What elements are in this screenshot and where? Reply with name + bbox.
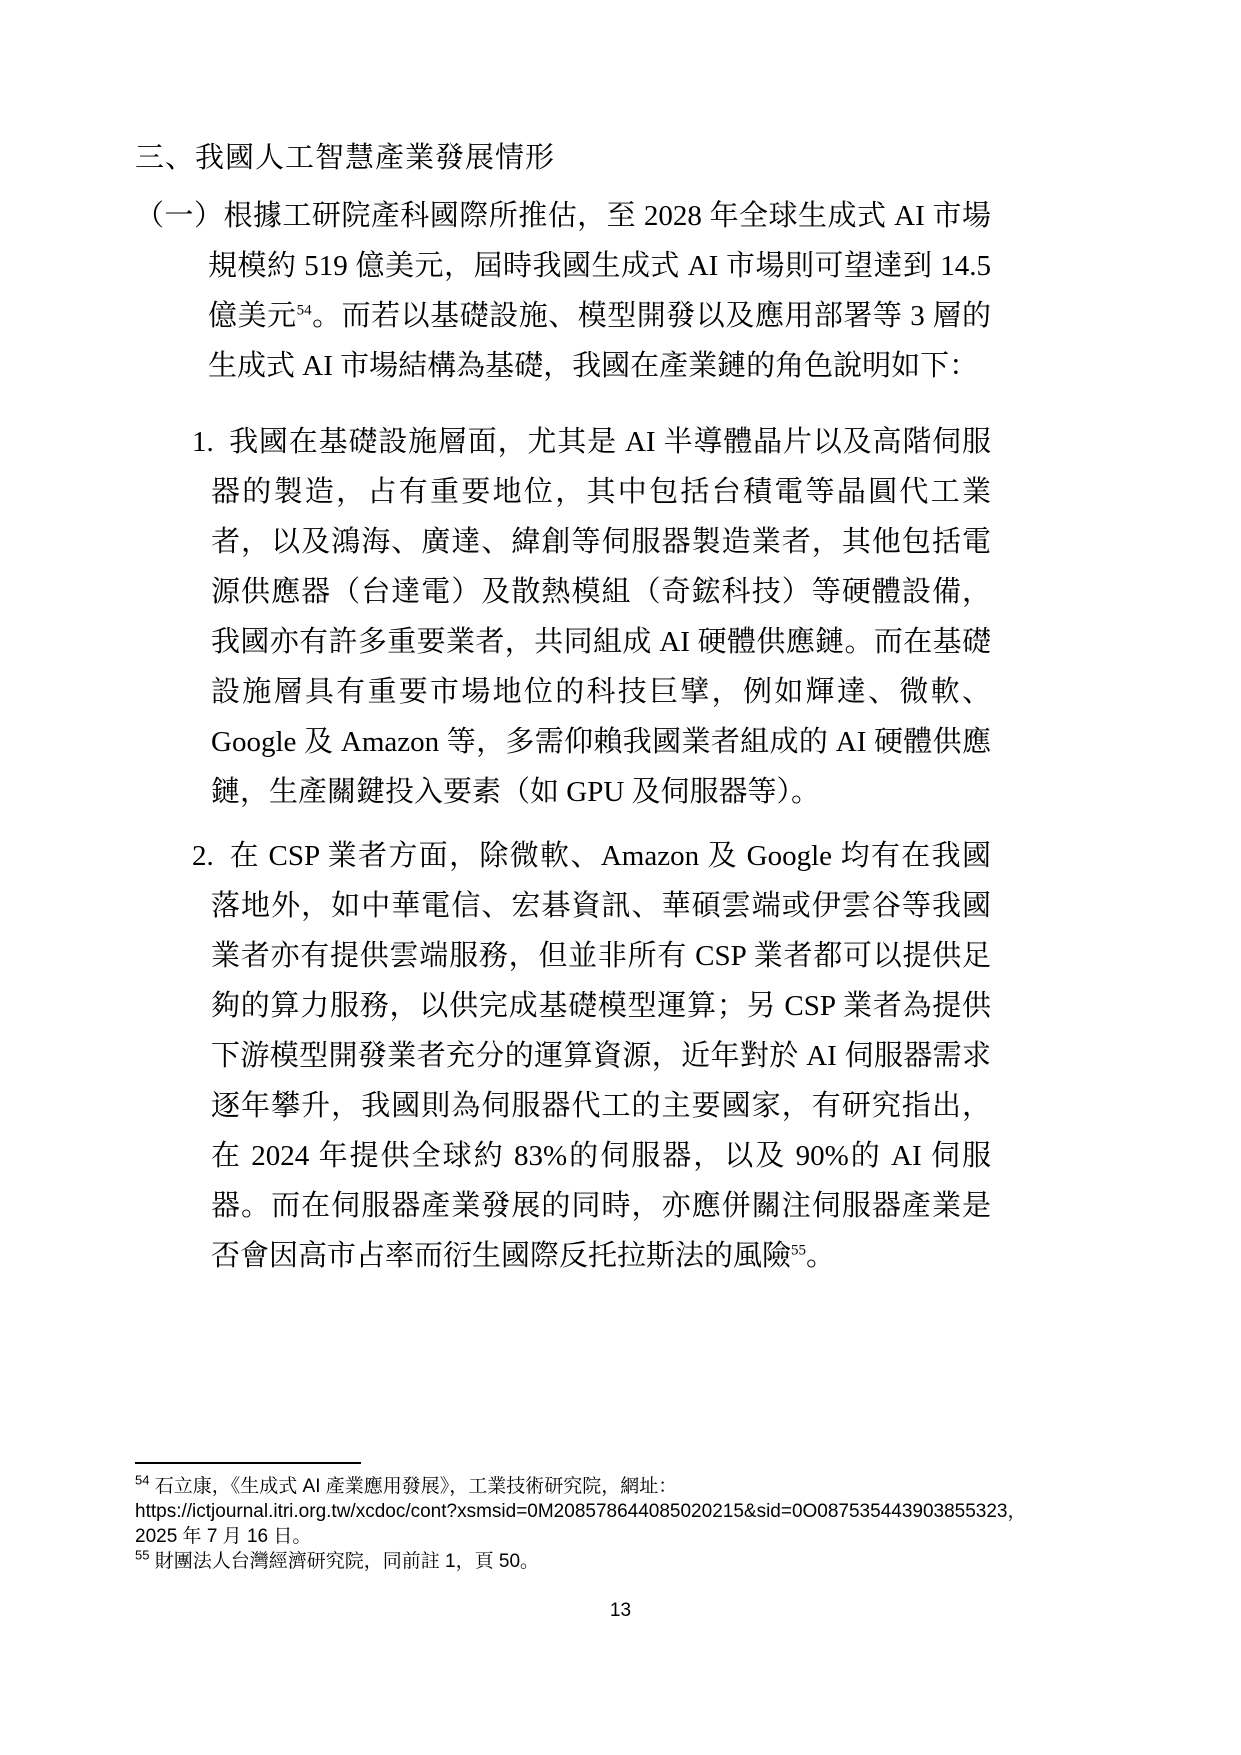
- footnote-54-url: https://ictjournal.itri.org.tw/xcdoc/con…: [135, 1499, 1120, 1524]
- list-item-1-text: 我國在基礎設施層面，尤其是 AI 半導體晶片以及高階伺服器的製造，占有重要地位，…: [211, 426, 991, 808]
- footnote-54-text: 石立康，《生成式 AI 產業應用發展》，工業技術研究院，網址：: [149, 1476, 677, 1497]
- list-item-2: 2. 在 CSP 業者方面，除微軟、Amazon 及 Google 均有在我國落…: [192, 831, 991, 1281]
- intro-marker: （一）: [135, 200, 223, 232]
- list-item-1: 1. 我國在基礎設施層面，尤其是 AI 半導體晶片以及高階伺服器的製造，占有重要…: [192, 417, 991, 817]
- list-item-2-text-end: 。: [806, 1240, 835, 1272]
- list-item-1-number: 1.: [192, 426, 214, 458]
- document-page: 三、我國人工智慧產業發展情形 （一）根據工研院產科國際所推估，至 2028 年全…: [0, 0, 1241, 1755]
- footnote-55-text: 財團法人台灣經濟研究院，同前註 1，頁 50。: [149, 1551, 539, 1572]
- footnote-54-line1: 54 石立康，《生成式 AI 產業應用發展》，工業技術研究院，網址：: [135, 1474, 1120, 1499]
- list-item-2-number: 2.: [192, 840, 214, 872]
- page-title: 三、我國人工智慧產業發展情形: [135, 133, 991, 183]
- document-body: 三、我國人工智慧產業發展情形 （一）根據工研院產科國際所推估，至 2028 年全…: [135, 133, 991, 1295]
- numbered-list: 1. 我國在基礎設施層面，尤其是 AI 半導體晶片以及高階伺服器的製造，占有重要…: [135, 417, 991, 1281]
- footnote-separator-line: [135, 1462, 361, 1464]
- footnote-area: 54 石立康，《生成式 AI 產業應用發展》，工業技術研究院，網址： https…: [135, 1462, 1120, 1574]
- footnote-55: 55 財團法人台灣經濟研究院，同前註 1，頁 50。: [135, 1549, 1120, 1574]
- footnote-ref-54: 54: [297, 302, 312, 318]
- intro-text-continued: 。而若以基礎設施、模型開發以及應用部署等 3 層的生成式 AI 市場結構為基礎，…: [208, 300, 991, 382]
- footnote-55-marker: 55: [135, 1548, 149, 1563]
- footnote-ref-55: 55: [791, 1242, 806, 1258]
- page-number: 13: [0, 1600, 1241, 1622]
- intro-paragraph: （一）根據工研院產科國際所推估，至 2028 年全球生成式 AI 市場規模約 5…: [135, 191, 991, 391]
- footnote-54-date: 2025 年 7 月 16 日。: [135, 1524, 1120, 1549]
- list-item-2-text: 在 CSP 業者方面，除微軟、Amazon 及 Google 均有在我國落地外，…: [211, 840, 991, 1272]
- footnote-54: 54 石立康，《生成式 AI 產業應用發展》，工業技術研究院，網址： https…: [135, 1474, 1120, 1549]
- footnote-54-marker: 54: [135, 1473, 149, 1488]
- footnote-55-line1: 55 財團法人台灣經濟研究院，同前註 1，頁 50。: [135, 1549, 1120, 1574]
